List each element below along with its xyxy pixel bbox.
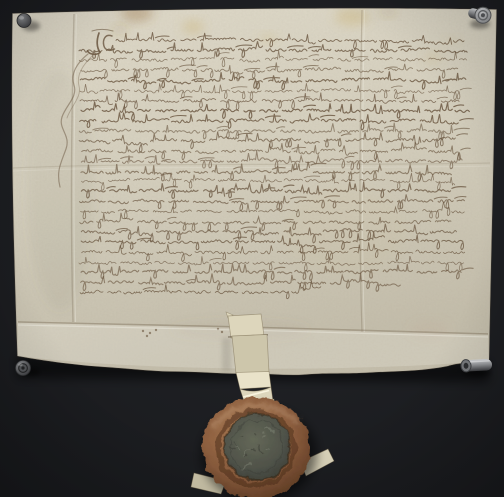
impression-mark xyxy=(240,435,243,436)
stain xyxy=(445,36,459,44)
tag-band-on-plica xyxy=(232,335,269,374)
pin-bottom-left xyxy=(15,360,30,375)
pin-head xyxy=(17,14,31,28)
pin-center xyxy=(21,366,24,369)
impression-mark xyxy=(263,436,265,437)
pin-highlight xyxy=(18,363,22,366)
pin-bottom-right xyxy=(461,358,493,372)
stain xyxy=(259,33,277,43)
charter-photograph xyxy=(0,0,504,497)
pin-highlight xyxy=(19,16,24,20)
seal-body xyxy=(202,397,310,497)
pin-top-left xyxy=(17,14,31,28)
tag-shadow xyxy=(222,338,231,371)
seal-impression-disc xyxy=(224,414,290,480)
tag-top-loop xyxy=(228,314,264,338)
stain xyxy=(182,20,204,34)
tag-band-below-edge xyxy=(236,372,271,390)
photo-stage xyxy=(0,0,504,497)
